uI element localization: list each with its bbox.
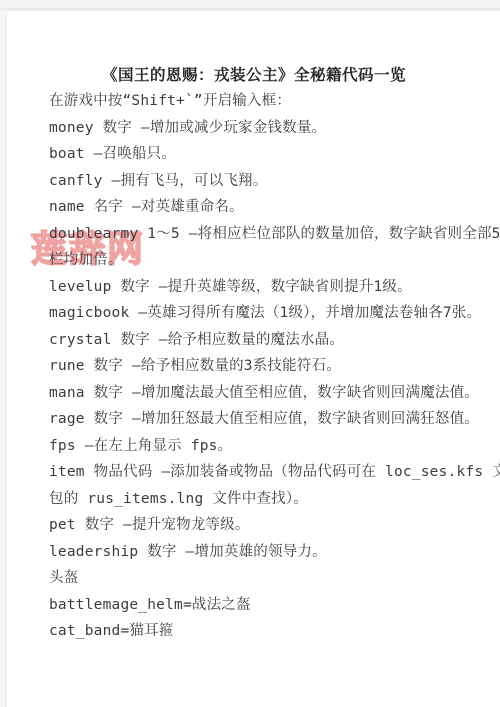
- text-line: fps —在左上角显示 fps。: [49, 433, 469, 460]
- document-viewport: 莲辞网 《国王的恩赐：戎装公主》全秘籍代码一览 在游戏中按“Shift+`”开启…: [0, 0, 500, 707]
- text-line: magicbook —英雄习得所有魔法（1级），并增加魔法卷轴各7张。: [49, 300, 469, 327]
- text-line: pet 数字 —提升宠物龙等级。: [49, 512, 469, 539]
- text-line: item 物品代码 —添加装备或物品（物品代码可在 loc_ses.kfs 文件: [49, 459, 469, 486]
- top-bar: [0, 0, 500, 10]
- text-line: crystal 数字 —给予相应数量的魔法水晶。: [49, 327, 469, 354]
- text-line: 头盔: [49, 565, 469, 592]
- text-line: 栏均加倍。: [49, 247, 469, 274]
- text-line: rage 数字 —增加狂怒最大值至相应值，数字缺省则回满狂怒值。: [49, 406, 469, 433]
- text-line: canfly —拥有飞马，可以飞翔。: [49, 168, 469, 195]
- text-line: money 数字 —增加或减少玩家金钱数量。: [49, 115, 469, 142]
- text-line: levelup 数字 —提升英雄等级，数字缺省则提升1级。: [49, 274, 469, 301]
- text-line: name 名字 —对英雄重命名。: [49, 194, 469, 221]
- text-line: leadership 数字 —增加英雄的领导力。: [49, 539, 469, 566]
- text-line: rune 数字 —给予相应数量的3系技能符石。: [49, 353, 469, 380]
- text-line: doublearmy 1～5 —将相应栏位部队的数量加倍，数字缺省则全部5: [49, 221, 469, 248]
- text-line: cat_band=猫耳箍: [49, 618, 469, 645]
- text-line: 在游戏中按“Shift+`”开启输入框：: [49, 88, 469, 115]
- body-lines: 在游戏中按“Shift+`”开启输入框：money 数字 —增加或减少玩家金钱数…: [49, 88, 469, 645]
- document-page: 莲辞网 《国王的恩赐：戎装公主》全秘籍代码一览 在游戏中按“Shift+`”开启…: [6, 10, 500, 707]
- text-line: battlemage_helm=战法之盔: [49, 592, 469, 619]
- text-line: boat —召唤船只。: [49, 141, 469, 168]
- text-line: 包的 rus_items.lng 文件中查找）。: [49, 486, 469, 513]
- text-line: mana 数字 —增加魔法最大值至相应值，数字缺省则回满魔法值。: [49, 380, 469, 407]
- document-title: 《国王的恩赐：戎装公主》全秘籍代码一览: [7, 65, 500, 85]
